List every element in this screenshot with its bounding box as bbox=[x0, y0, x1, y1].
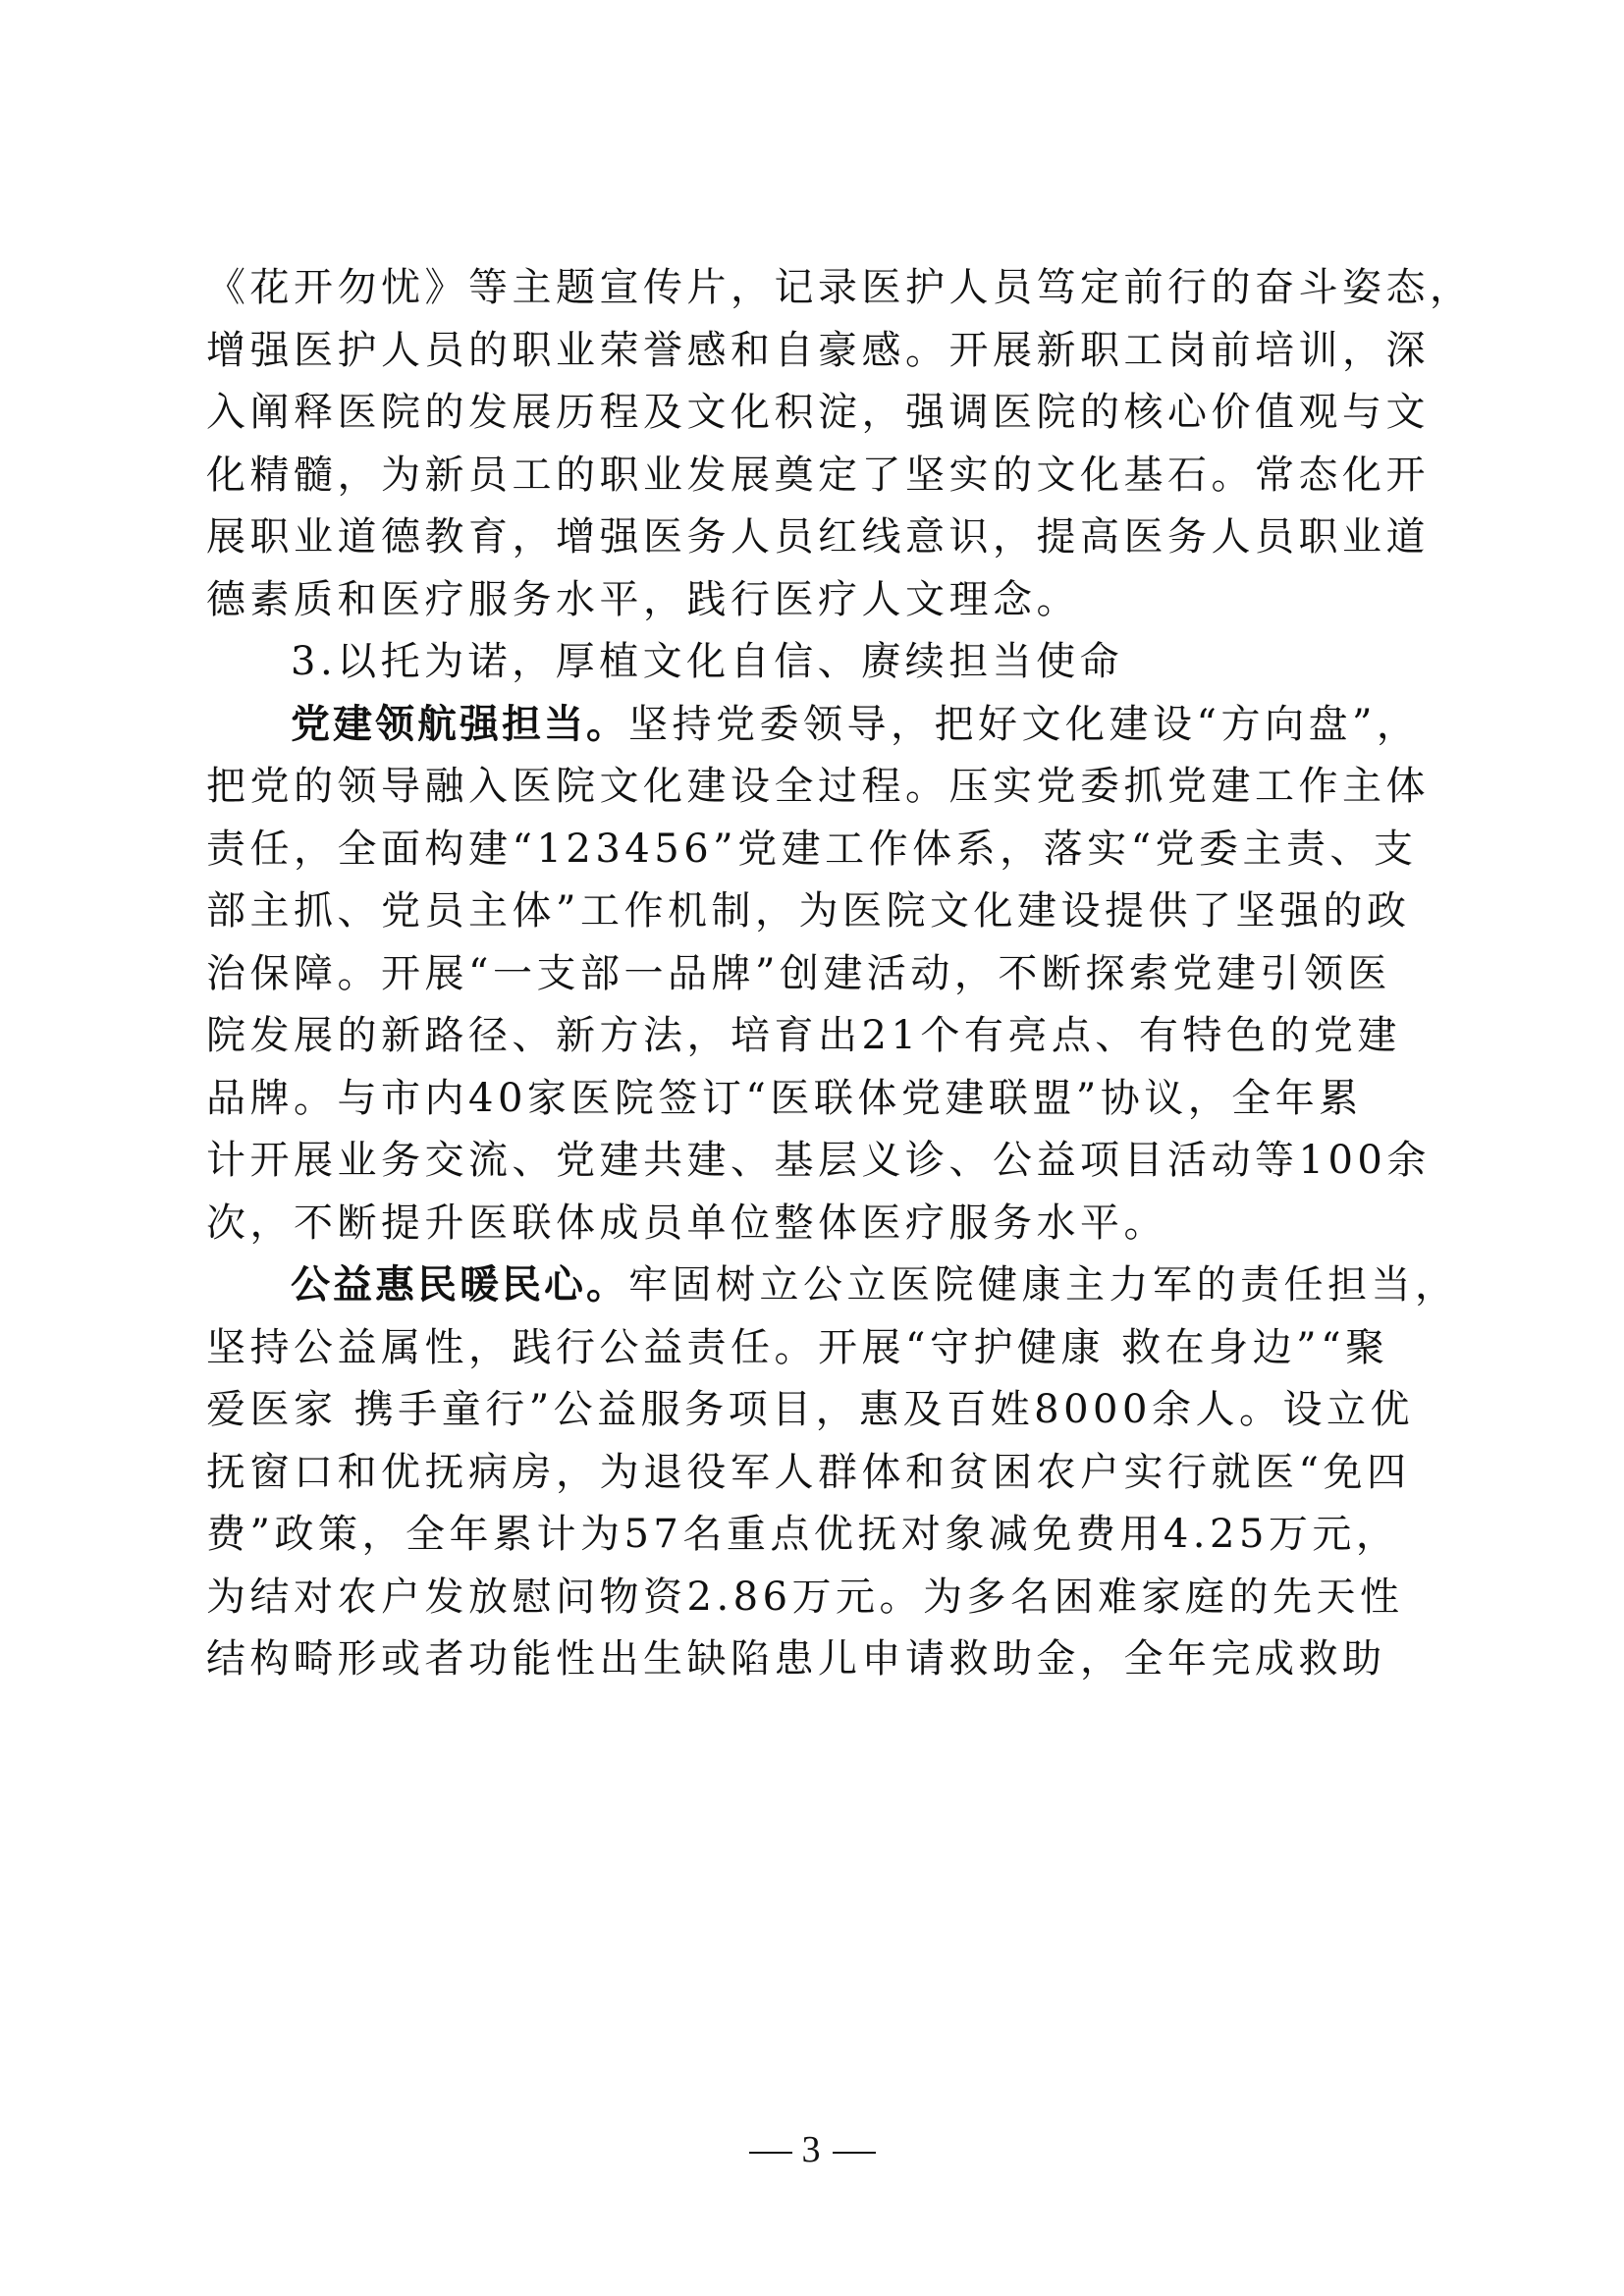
paragraph-text: 牢固树立公立医院健康主力军的责任担当， bbox=[628, 1262, 1459, 1308]
body-line: 院发展的新路径、新方法，培育出21个有亮点、有特色的党建 bbox=[206, 1005, 1434, 1068]
section-heading: 3.以托为诺，厚植文化自信、赓续担当使命 bbox=[206, 631, 1434, 694]
body-line: 化精髓，为新员工的职业发展奠定了坚实的文化基石。常态化开 bbox=[206, 445, 1434, 507]
body-line: 品牌。与市内40家医院签订“医联体党建联盟”协议，全年累 bbox=[206, 1068, 1434, 1131]
body-text: 《花开勿忧》等主题宣传片，记录医护人员笃定前行的奋斗姿态， 增强医护人员的职业荣… bbox=[206, 257, 1434, 1691]
body-line: 入阐释医院的发展历程及文化积淀，强调医院的核心价值观与文 bbox=[206, 382, 1434, 445]
body-line: 爱医家 携手童行”公益服务项目，惠及百姓8000余人。设立优 bbox=[206, 1379, 1434, 1442]
dash-left bbox=[749, 2152, 792, 2154]
page-number: 3 bbox=[0, 2128, 1624, 2171]
body-line: 次，不断提升医联体成员单位整体医疗服务水平。 bbox=[206, 1193, 1434, 1255]
body-line: 治保障。开展“一支部一品牌”创建活动，不断探索党建引领医 bbox=[206, 943, 1434, 1006]
body-line: 费”政策，全年累计为57名重点优抚对象减免费用4.25万元， bbox=[206, 1504, 1434, 1567]
body-line: 把党的领导融入医院文化建设全过程。压实党委抓党建工作主体 bbox=[206, 756, 1434, 819]
paragraph-lead-public-welfare: 公益惠民暖民心。 bbox=[291, 1262, 628, 1308]
body-line: 计开展业务交流、党建共建、基层义诊、公益项目活动等100余 bbox=[206, 1130, 1434, 1193]
body-line: 部主抓、党员主体”工作机制，为医院文化建设提供了坚强的政 bbox=[206, 881, 1434, 943]
body-line: 德素质和医疗服务水平，践行医疗人文理念。 bbox=[206, 569, 1434, 632]
body-line: 《花开勿忧》等主题宣传片，记录医护人员笃定前行的奋斗姿态， bbox=[206, 257, 1434, 320]
body-line: 责任，全面构建“123456”党建工作体系，落实“党委主责、支 bbox=[206, 819, 1434, 881]
body-line: 增强医护人员的职业荣誉感和自豪感。开展新职工岗前培训，深 bbox=[206, 320, 1434, 383]
body-line: 抚窗口和优抚病房，为退役军人群体和贫困农户实行就医“免四 bbox=[206, 1442, 1434, 1505]
page-number-value: 3 bbox=[802, 2129, 823, 2170]
dash-right bbox=[833, 2152, 876, 2154]
paragraph-lead-party-building: 党建领航强担当。 bbox=[291, 702, 628, 747]
body-line: 结构畸形或者功能性出生缺陷患儿申请救助金，全年完成救助 bbox=[206, 1629, 1434, 1691]
paragraph-first-line: 公益惠民暖民心。牢固树立公立医院健康主力军的责任担当， bbox=[206, 1255, 1434, 1317]
document-page: 《花开勿忧》等主题宣传片，记录医护人员笃定前行的奋斗姿态， 增强医护人员的职业荣… bbox=[0, 0, 1624, 2296]
paragraph-first-line: 党建领航强担当。坚持党委领导，把好文化建设“方向盘”， bbox=[206, 694, 1434, 757]
body-line: 坚持公益属性，践行公益责任。开展“守护健康 救在身边”“聚 bbox=[206, 1317, 1434, 1380]
body-line: 为结对农户发放慰问物资2.86万元。为多名困难家庭的先天性 bbox=[206, 1567, 1434, 1629]
body-line: 展职业道德教育，增强医务人员红线意识，提高医务人员职业道 bbox=[206, 507, 1434, 569]
paragraph-text: 坚持党委领导，把好文化建设“方向盘”， bbox=[628, 702, 1420, 747]
